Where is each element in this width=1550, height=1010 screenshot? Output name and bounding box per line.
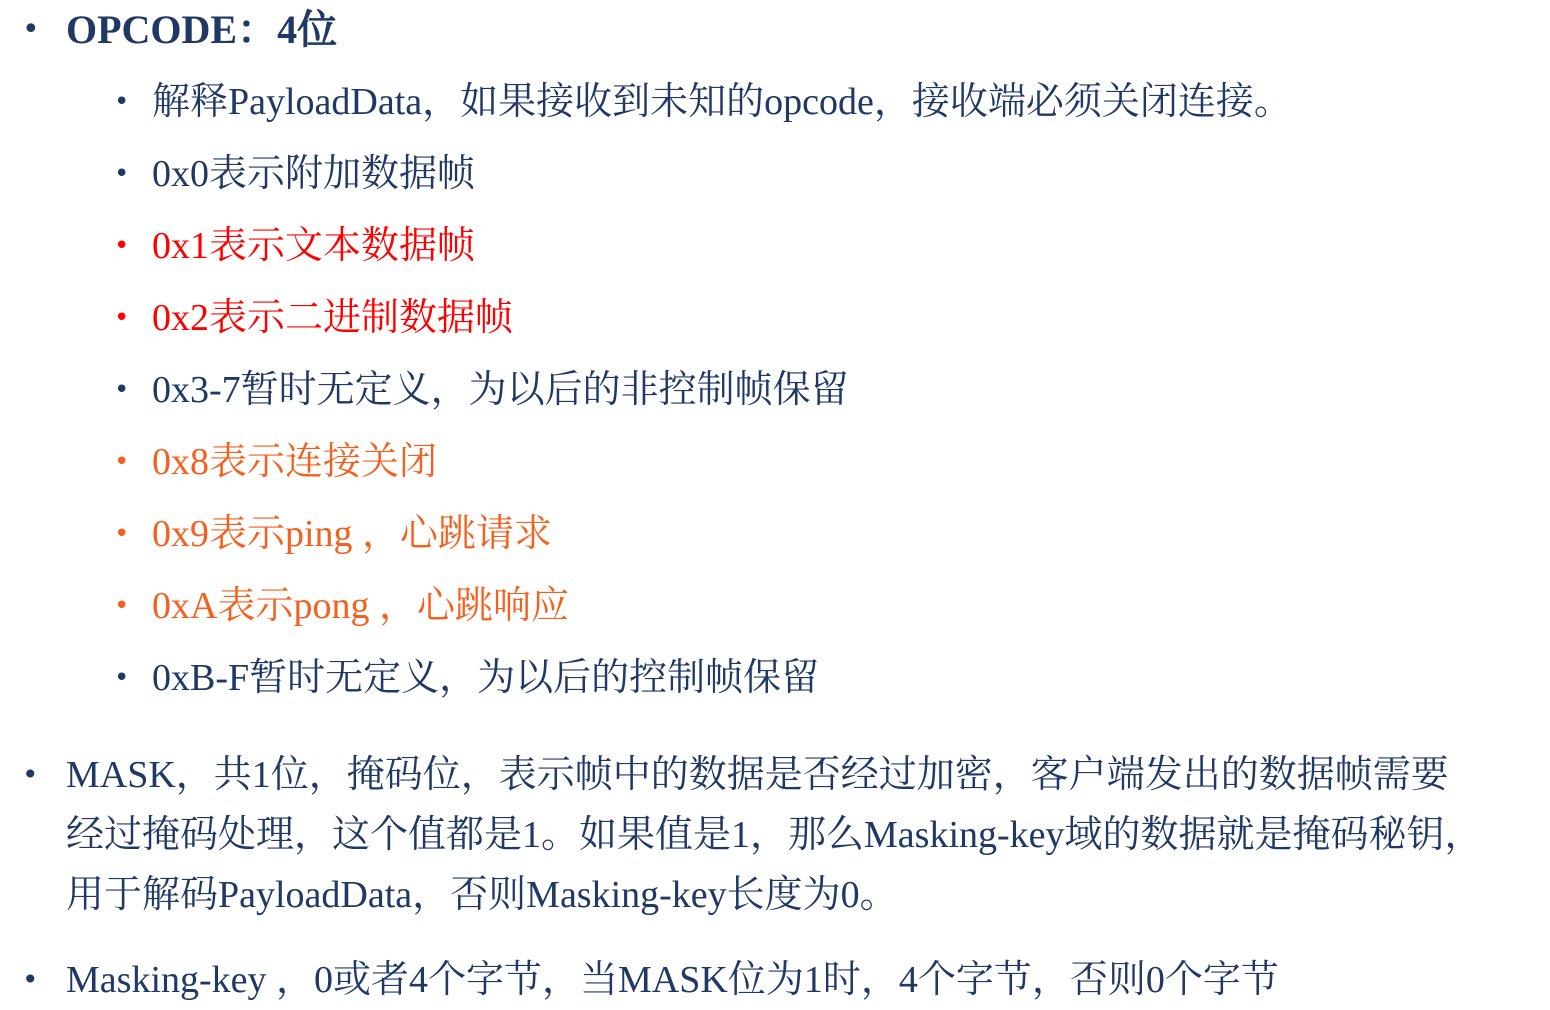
opcode-sub-item: •0x1表示文本数据帧 (112, 224, 1530, 268)
opcode-sub-item-text: 0x2表示二进制数据帧 (152, 296, 513, 340)
opcode-sub-item-text: 0x3-7暂时无定义，为以后的非控制帧保留 (152, 368, 849, 412)
opcode-sub-item: •0xA表示pong ，心跳响应 (112, 584, 1530, 628)
opcode-sub-item: •0x2表示二进制数据帧 (112, 296, 1530, 340)
opcode-sub-item-text: 0x8表示连接关闭 (152, 440, 437, 484)
bullet-icon: • (112, 296, 152, 340)
opcode-sublist: •解释PayloadData，如果接收到未知的opcode，接收端必须关闭连接。… (112, 80, 1530, 700)
opcode-sub-item: •0xB-F暂时无定义，为以后的控制帧保留 (112, 656, 1530, 700)
paragraph-line: 经过掩码处理，这个值都是1。如果值是1，那么Masking-key域的数据就是掩… (66, 805, 1483, 865)
bullet-icon: • (112, 440, 152, 484)
opcode-sub-item-text: 0x1表示文本数据帧 (152, 224, 475, 268)
paragraph-line: 用于解码PayloadData，否则Masking-key长度为0。 (66, 865, 1483, 925)
bullet-icon: • (112, 152, 152, 196)
bullet-icon: • (112, 368, 152, 412)
opcode-sub-item: •0x3-7暂时无定义，为以后的非控制帧保留 (112, 368, 1530, 412)
bullet-icon: • (112, 584, 152, 628)
opcode-sub-item: •0x9表示ping ，心跳请求 (112, 512, 1530, 556)
opcode-sub-item-text: 0x9表示ping ，心跳请求 (152, 512, 552, 556)
list-item-mask: • MASK，共1位，掩码位，表示帧中的数据是否经过加密，客户端发出的数据帧需要… (20, 745, 1530, 925)
bullet-icon: • (112, 224, 152, 268)
bullet-icon: • (112, 656, 152, 700)
document-body: • OPCODE：4位 •解释PayloadData，如果接收到未知的opcod… (0, 0, 1550, 1010)
mask-paragraph: MASK，共1位，掩码位，表示帧中的数据是否经过加密，客户端发出的数据帧需要经过… (66, 745, 1483, 925)
opcode-sub-item-text: 0x0表示附加数据帧 (152, 152, 475, 196)
list-item-masking-key: • Masking-key ，0或者4个字节，当MASK位为1时，4个字节，否则… (20, 950, 1530, 1010)
opcode-sub-item: •解释PayloadData，如果接收到未知的opcode，接收端必须关闭连接。 (112, 80, 1530, 124)
bullet-icon: • (112, 512, 152, 556)
opcode-sub-item: •0x0表示附加数据帧 (112, 152, 1530, 196)
opcode-sub-item: •0x8表示连接关闭 (112, 440, 1530, 484)
bullet-icon: • (20, 6, 66, 54)
paragraph-line: MASK，共1位，掩码位，表示帧中的数据是否经过加密，客户端发出的数据帧需要 (66, 745, 1483, 805)
opcode-sub-item-text: 0xB-F暂时无定义，为以后的控制帧保留 (152, 656, 819, 700)
bullet-icon: • (112, 80, 152, 124)
opcode-sub-item-text: 解释PayloadData，如果接收到未知的opcode，接收端必须关闭连接。 (152, 80, 1292, 124)
opcode-heading: OPCODE：4位 (66, 6, 337, 54)
masking-key-text: Masking-key ，0或者4个字节，当MASK位为1时，4个字节，否则0个… (66, 950, 1279, 1010)
bullet-icon: • (20, 745, 66, 805)
bullet-icon: • (20, 950, 66, 1010)
opcode-sub-item-text: 0xA表示pong ，心跳响应 (152, 584, 569, 628)
list-item-opcode-heading: • OPCODE：4位 (20, 6, 1530, 54)
